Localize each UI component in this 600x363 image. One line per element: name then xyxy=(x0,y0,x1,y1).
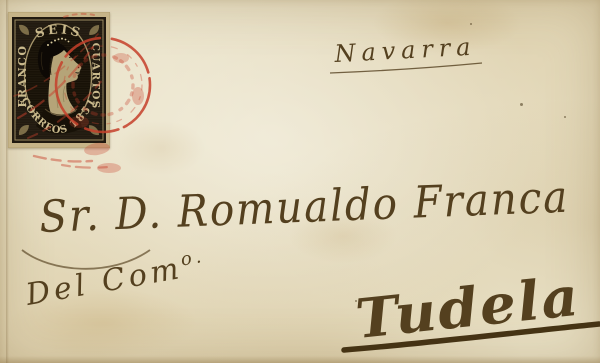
addressee-group: Sr. D. Romualdo Franca xyxy=(22,172,570,269)
destination-group: Tudela xyxy=(344,264,599,351)
occupation-text: Del Com xyxy=(22,251,185,313)
letter-cover-photo: SEIS FRANCO CUARTOS CORREOS 1851 xyxy=(0,0,600,363)
occupation-line: Del Como. xyxy=(22,246,209,313)
manuscript-layer: Navarra Sr. D. Romualdo Franca Del Como.… xyxy=(0,0,600,363)
origin-note-group: Navarra xyxy=(330,33,482,73)
addressee-line: Sr. D. Romualdo Franca xyxy=(38,172,570,243)
occupation-superscript: o. xyxy=(179,246,207,271)
origin-note: Navarra xyxy=(333,33,475,68)
